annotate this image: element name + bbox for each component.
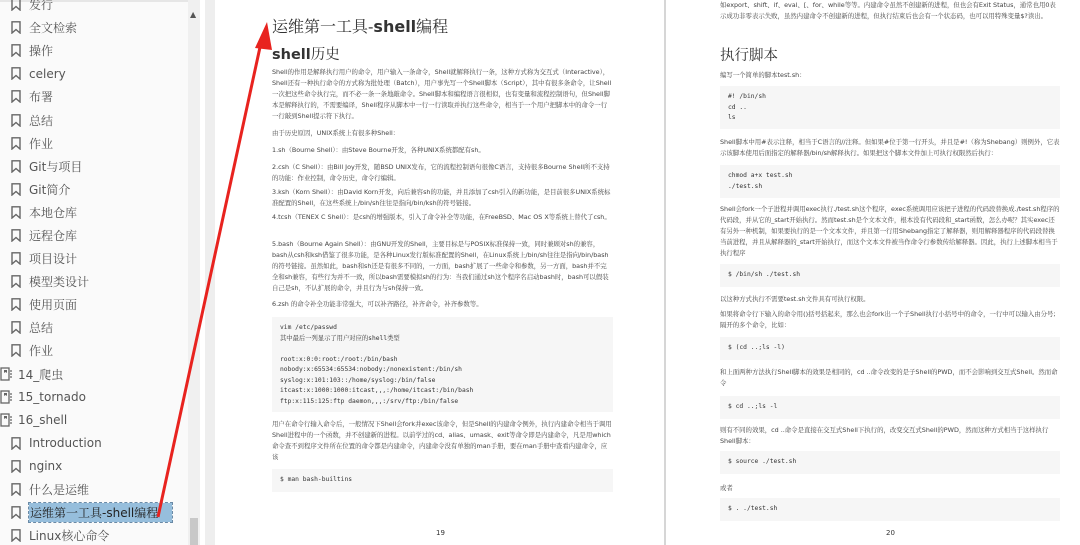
bookmark-item[interactable]: Introduction xyxy=(0,432,190,455)
document-page-20: 如export、shift、if、eval、[、for、while等等。内建命令… xyxy=(668,0,1080,545)
bookmark-label: celery xyxy=(29,67,66,81)
paragraph: 2.csh（C Shell）：由Bill Joy开发，随BSD UNIX发布，它… xyxy=(272,162,612,184)
code-block: $ . ./test.sh xyxy=(720,498,1060,521)
sidebar-scrollbar-thumb[interactable] xyxy=(190,518,198,545)
bookmark-icon xyxy=(11,483,21,496)
bookmark-group[interactable]: 15_tornado xyxy=(0,386,190,409)
bookmark-icon xyxy=(11,90,21,103)
sidebar-scrollbar[interactable] xyxy=(188,0,200,545)
bookmark-icon xyxy=(11,506,21,519)
bookmark-icon xyxy=(11,344,21,357)
bookmark-icon xyxy=(11,298,21,311)
paragraph: 用户在命令行输入命令后，一般情况下Shell会fork并exec该命令，但是Sh… xyxy=(272,419,612,463)
bookmark-item[interactable]: 全文检索 xyxy=(0,16,190,39)
bookmark-item[interactable]: nginx xyxy=(0,455,190,478)
bookmarks-sidebar: 发行全文检索操作celery布署总结作业Git与项目Git简介本地仓库远程仓库项… xyxy=(0,0,200,545)
bookmark-label: 总结 xyxy=(29,112,53,129)
bookmark-item[interactable]: 使用页面 xyxy=(0,293,190,316)
bookmark-item[interactable]: 本地仓库 xyxy=(0,201,190,224)
bookmark-icon xyxy=(11,206,21,219)
bookmark-icon xyxy=(11,183,21,196)
scroll-up-arrow-icon[interactable]: ▲ xyxy=(190,10,196,19)
bookmark-label: 远程仓库 xyxy=(29,227,77,244)
paragraph: 6.zsh 的命令补全功能非常强大，可以补齐路径，补齐命令，补齐参数等。 xyxy=(272,299,612,310)
bookmark-icon xyxy=(11,160,21,173)
bookmark-icon xyxy=(11,460,21,473)
bookmark-item[interactable]: 作业 xyxy=(0,339,190,362)
bookmark-label: 总结 xyxy=(29,319,53,336)
bookmark-label: 16_shell xyxy=(18,413,67,427)
bookmark-item[interactable]: 远程仓库 xyxy=(0,224,190,247)
bookmark-label: 布署 xyxy=(29,88,53,105)
bookmark-item[interactable]: 项目设计 xyxy=(0,247,190,270)
bookmark-icon xyxy=(11,67,21,80)
bookmark-icon xyxy=(11,252,21,265)
page-number: 20 xyxy=(886,529,895,537)
bookmark-label: 全文检索 xyxy=(29,19,77,36)
bookmark-label: Git简介 xyxy=(29,181,70,198)
bookmark-icon xyxy=(11,529,21,542)
bookmark-group[interactable]: 16_shell xyxy=(0,409,190,432)
bookmark-item[interactable]: 布署 xyxy=(0,85,190,108)
paragraph: 4.tcsh（TENEX C Shell）：是csh的增强版本，引入了命令补全等… xyxy=(272,212,612,223)
paragraph: 则有不同的效果，cd ..命令是直接在交互式Shell下执行的，改变交互式She… xyxy=(720,425,1060,447)
bookmark-icon xyxy=(11,437,21,450)
bookmark-label: 14_爬虫 xyxy=(18,366,63,383)
bookmark-list: 发行全文检索操作celery布署总结作业Git与项目Git简介本地仓库远程仓库项… xyxy=(0,0,190,545)
bookmark-item[interactable]: 总结 xyxy=(0,108,190,131)
bookmark-group-icon xyxy=(0,390,14,404)
bookmark-item[interactable]: 总结 xyxy=(0,316,190,339)
code-block: vim /etc/passwd 其中最后一列显示了用户对应的shell类型 ro… xyxy=(272,317,613,412)
bookmark-label: nginx xyxy=(29,459,62,473)
code-block: $ (cd ..;ls -l) xyxy=(720,337,1060,360)
bookmark-icon xyxy=(11,275,21,288)
bookmark-label: 项目设计 xyxy=(29,250,77,267)
paragraph: Shell的作用是解释执行用户的命令，用户输入一条命令，Shell就解释执行一条… xyxy=(272,67,612,122)
bookmark-label: 使用页面 xyxy=(29,296,77,313)
bookmark-label: 作业 xyxy=(29,135,53,152)
bookmark-group-icon xyxy=(0,367,14,381)
paragraph: 如export、shift、if、eval、[、for、while等等。内建命令… xyxy=(720,0,1060,22)
bookmark-label: 模型类设计 xyxy=(29,273,89,290)
bookmark-item[interactable]: 什么是运维 xyxy=(0,478,190,501)
bookmark-label: Linux核心命令 xyxy=(29,527,109,544)
code-block: $ man bash-builtins xyxy=(272,469,613,492)
bookmark-icon xyxy=(11,137,21,150)
bookmark-label: 作业 xyxy=(29,342,53,359)
page-number: 19 xyxy=(436,529,445,537)
paragraph: 5.bash（Bourne Again Shell）：由GNU开发的Shell，… xyxy=(272,239,612,294)
bookmark-item[interactable]: 作业 xyxy=(0,132,190,155)
bookmark-item[interactable]: Git与项目 xyxy=(0,155,190,178)
paragraph: 以这种方式执行不需要test.sh文件具有可执行权限。 xyxy=(720,294,1060,305)
bookmark-label: 发行 xyxy=(29,0,53,13)
bookmark-icon xyxy=(11,114,21,127)
paragraph: Shell会fork一个子进程并调用exec执行./test.sh这个程序，ex… xyxy=(720,204,1060,259)
bookmark-icon xyxy=(11,321,21,334)
paragraph: 1.sh（Bourne Shell）：由Steve Bourne开发，各种UNI… xyxy=(272,145,612,156)
code-block: $ source ./test.sh xyxy=(720,451,1060,474)
paragraph: Shell脚本中用#表示注释，相当于C语言的//注释。但如果#位于第一行开头，并… xyxy=(720,137,1060,159)
bookmark-label: 15_tornado xyxy=(18,390,86,404)
document-page-19: 运维第一工具-shell编程 shell历史 Shell的作用是解释执行用户的命… xyxy=(218,0,658,545)
bookmark-icon xyxy=(11,44,21,57)
code-block: $ /bin/sh ./test.sh xyxy=(720,264,1060,287)
page-title: 运维第一工具-shell编程 xyxy=(272,14,448,37)
bookmark-label: 什么是运维 xyxy=(29,481,89,498)
section-heading-shell-history: shell历史 xyxy=(272,43,340,64)
bookmark-item[interactable]: Git简介 xyxy=(0,178,190,201)
bookmark-item[interactable]: 运维第一工具-shell编程 xyxy=(0,501,190,524)
paragraph: 和上面两种方法执行Shell脚本的效果是相同的，cd ..命令改变的是子Shel… xyxy=(720,367,1060,389)
code-block: #! /bin/sh cd .. ls xyxy=(720,86,1060,129)
bookmark-icon xyxy=(11,21,21,34)
bookmark-item[interactable]: Linux核心命令 xyxy=(0,524,190,545)
bookmark-item[interactable]: celery xyxy=(0,62,190,85)
bookmark-item[interactable]: 操作 xyxy=(0,39,190,62)
page-separator xyxy=(664,0,666,545)
paragraph: 如果将命令行下输入的命令用()括号括起来，那么也会fork出一个子Shell执行… xyxy=(720,309,1060,331)
paragraph: 编写一个简单的脚本test.sh： xyxy=(720,70,1060,81)
paragraph: 或者 xyxy=(720,483,1060,494)
bookmark-label: Introduction xyxy=(29,436,102,450)
code-block: chmod a+x test.sh ./test.sh xyxy=(720,165,1060,198)
bookmark-item[interactable]: 模型类设计 xyxy=(0,270,190,293)
code-block: $ cd ..;ls -l xyxy=(720,396,1060,419)
paragraph: 由于历史原因，UNIX系统上有很多种Shell： xyxy=(272,128,612,139)
paragraph: 3.ksh（Korn Shell）：由David Korn开发，向后兼容sh的功… xyxy=(272,187,612,209)
bookmark-label: 操作 xyxy=(29,42,53,59)
bookmark-label: 运维第一工具-shell编程 xyxy=(29,503,172,522)
bookmark-group-icon xyxy=(0,413,14,427)
bookmark-label: Git与项目 xyxy=(29,158,82,175)
bookmark-icon xyxy=(11,229,21,242)
pdf-reader-window: 发行全文检索操作celery布署总结作业Git与项目Git简介本地仓库远程仓库项… xyxy=(0,0,1080,545)
bookmark-label: 本地仓库 xyxy=(29,204,77,221)
sidebar-splitter[interactable] xyxy=(205,0,215,545)
section-heading-run-script: 执行脚本 xyxy=(720,44,778,65)
bookmark-item[interactable]: 发行 xyxy=(0,0,190,16)
bookmark-icon xyxy=(11,0,21,11)
bookmark-group[interactable]: 14_爬虫 xyxy=(0,363,190,386)
